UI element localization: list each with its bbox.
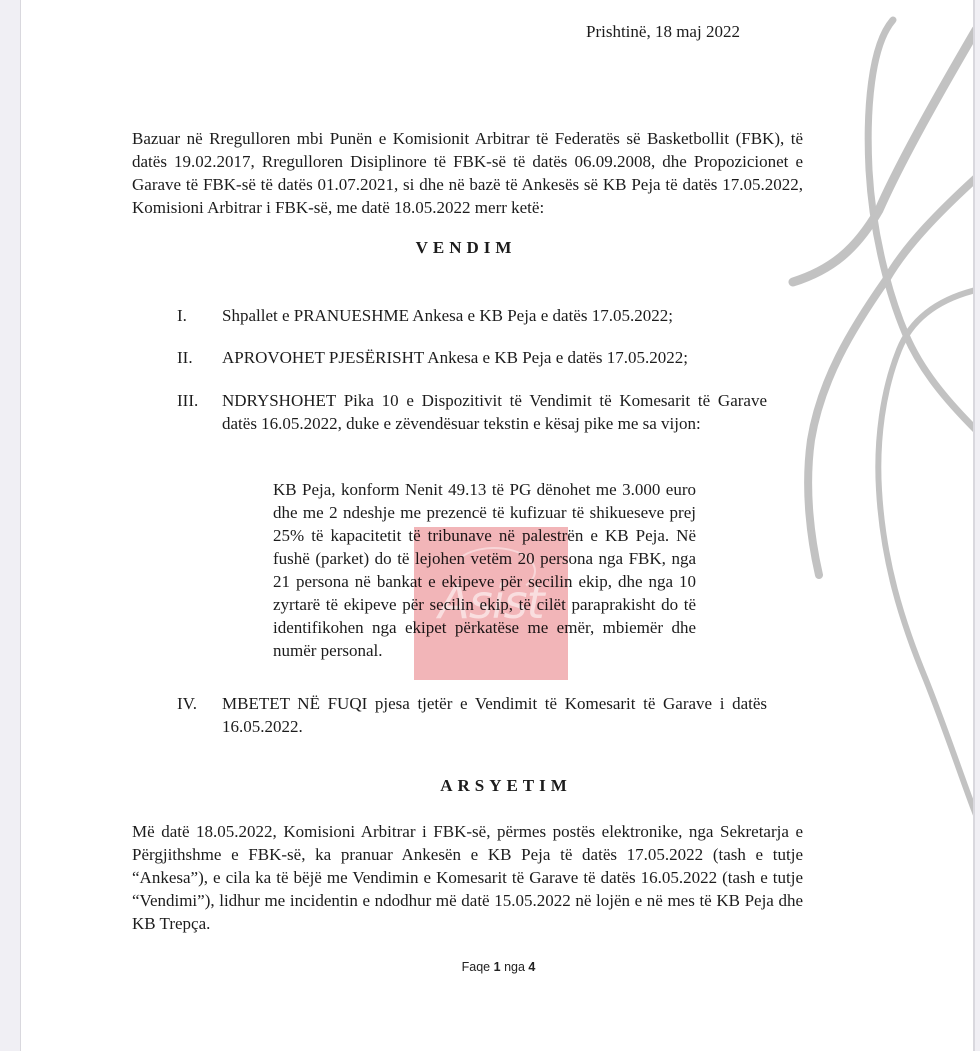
footer-current-page: 1 bbox=[494, 960, 501, 974]
item-numeral: III. bbox=[177, 389, 198, 412]
item-numeral: I. bbox=[177, 304, 187, 327]
reasoning-paragraph: Më datë 18.05.2022, Komisioni Arbitrar i… bbox=[132, 820, 803, 935]
decision-item: NDRYSHOHET Pika 10 e Dispozitivit të Ven… bbox=[222, 389, 767, 435]
item-numeral: IV. bbox=[177, 692, 197, 715]
footer-prefix: Faqe bbox=[462, 960, 491, 974]
item-numeral: II. bbox=[177, 346, 193, 369]
footer-total-pages: 4 bbox=[528, 960, 535, 974]
page-number-footer: Faqe 1 nga 4 bbox=[21, 960, 975, 974]
place-and-date: Prishtinë, 18 maj 2022 bbox=[586, 20, 740, 43]
document-page: Prishtinë, 18 maj 2022 Bazuar në Rregull… bbox=[20, 0, 975, 1051]
quoted-amended-text: KB Peja, konform Nenit 49.13 të PG dënoh… bbox=[273, 478, 696, 662]
intro-paragraph: Bazuar në Rregulloren mbi Punën e Komisi… bbox=[132, 127, 803, 219]
footer-separator: nga bbox=[504, 960, 525, 974]
decision-heading: VENDIM bbox=[316, 238, 616, 258]
decision-item: Shpallet e PRANUESHME Ankesa e KB Peja e… bbox=[222, 304, 673, 327]
reasoning-heading: ARSYETIM bbox=[356, 776, 656, 796]
decision-item: MBETET NË FUQI pjesa tjetër e Vendimit t… bbox=[222, 692, 767, 738]
decision-item: APROVOHET PJESËRISHT Ankesa e KB Peja e … bbox=[222, 346, 688, 369]
